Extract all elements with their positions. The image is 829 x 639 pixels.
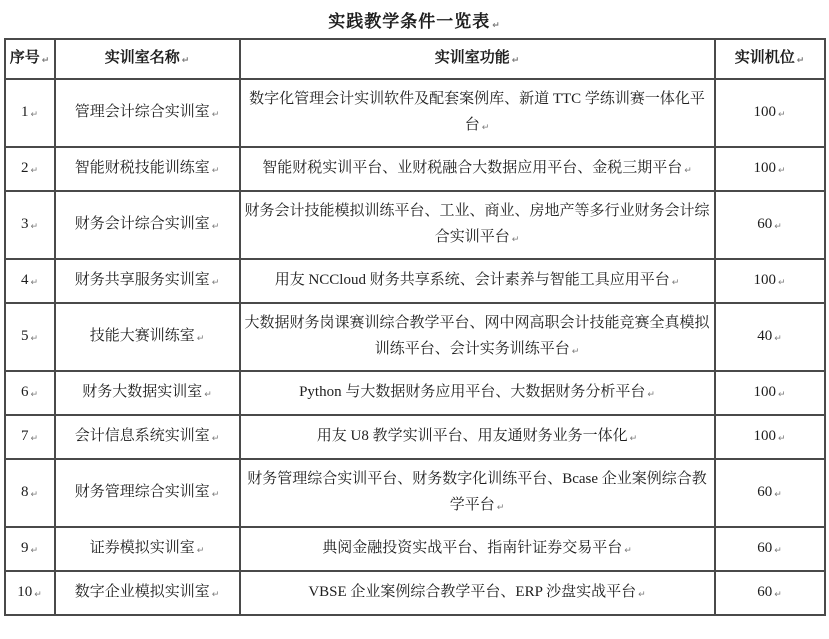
room-name-cell: 数字企业模拟实训室↵	[55, 571, 240, 615]
eol-mark: ↵	[684, 158, 692, 184]
table-body: 1↵管理会计综合实训室↵数字化管理会计实训软件及配套案例库、新道 TTC 学练训…	[5, 79, 825, 615]
room-name-cell: 财务会计综合实训室↵	[55, 191, 240, 259]
eol-mark: ↵	[212, 159, 220, 183]
stations-cell-text: 100	[753, 428, 776, 444]
table-row: 9↵证券模拟实训室↵典阅金融投资实战平台、指南针证券交易平台↵60↵	[5, 527, 825, 571]
stations-cell: 100↵	[715, 79, 825, 147]
room-name-cell-text: 财务管理综合实训室	[75, 484, 210, 500]
eol-mark: ↵	[197, 539, 205, 563]
row-index-cell: 7↵	[5, 415, 55, 459]
eol-mark: ↵	[30, 103, 38, 127]
stations-cell: 60↵	[715, 571, 825, 615]
stations-cell-text: 100	[753, 272, 776, 288]
room-function-cell-text: 大数据财务岗课赛训综合教学平台、网中网高职会计技能竞赛全真模拟训练平台、会计实务…	[244, 315, 709, 357]
eol-mark: ↵	[778, 271, 786, 295]
eol-mark: ↵	[630, 426, 638, 452]
stations-cell-text: 60	[757, 216, 772, 232]
room-function-cell-text: VBSE 企业案例综合教学平台、ERP 沙盘实战平台	[308, 584, 636, 600]
eol-mark: ↵	[30, 271, 38, 295]
room-function-cell-text: 用友 NCCloud 财务共享系统、会计素养与智能工具应用平台	[275, 272, 670, 288]
eol-mark: ↵	[482, 115, 490, 141]
eol-mark: ↵	[42, 51, 50, 71]
room-function-cell: VBSE 企业案例综合教学平台、ERP 沙盘实战平台↵	[240, 571, 715, 615]
stations-cell: 100↵	[715, 371, 825, 415]
room-name-cell: 财务大数据实训室↵	[55, 371, 240, 415]
table-row: 3↵财务会计综合实训室↵财务会计技能模拟训练平台、工业、商业、房地产等多行业财务…	[5, 191, 825, 259]
room-function-cell-text: 智能财税实训平台、业财税融合大数据应用平台、金税三期平台	[262, 160, 682, 176]
row-index-cell: 2↵	[5, 147, 55, 191]
room-name-cell-text: 智能财税技能训练室	[75, 160, 210, 176]
room-name-cell: 技能大赛训练室↵	[55, 303, 240, 371]
room-name-cell-text: 管理会计综合实训室	[75, 104, 210, 120]
room-name-cell: 财务共享服务实训室↵	[55, 259, 240, 303]
room-name-cell-text: 会计信息系统实训室	[75, 428, 210, 444]
col-header-room-name: 实训室名称↵	[55, 39, 240, 79]
room-function-cell: 数字化管理会计实训软件及配套案例库、新道 TTC 学练训赛一体化平台↵	[240, 79, 715, 147]
room-name-cell: 财务管理综合实训室↵	[55, 459, 240, 527]
eol-mark: ↵	[778, 103, 786, 127]
room-function-cell-text: 数字化管理会计实训软件及配套案例库、新道 TTC 学练训赛一体化平台	[249, 91, 705, 133]
room-function-cell: 用友 U8 教学实训平台、用友通财务业务一体化↵	[240, 415, 715, 459]
eol-mark: ↵	[30, 539, 38, 563]
room-name-cell-text: 财务共享服务实训室	[75, 272, 210, 288]
room-function-cell-text: 财务管理综合实训平台、财务数字化训练平台、Bcase 企业案例综合教学平台	[247, 471, 707, 513]
eol-mark: ↵	[497, 495, 505, 521]
room-name-cell-text: 财务会计综合实训室	[75, 216, 210, 232]
row-index-cell-text: 7	[21, 428, 29, 444]
row-index-cell-text: 2	[21, 160, 29, 176]
row-index-cell-text: 1	[21, 104, 29, 120]
stations-cell-text: 40	[757, 328, 772, 344]
table-row: 2↵智能财税技能训练室↵智能财税实训平台、业财税融合大数据应用平台、金税三期平台…	[5, 147, 825, 191]
eol-mark: ↵	[204, 383, 212, 407]
stations-cell-text: 60	[757, 484, 772, 500]
stations-cell-text: 100	[753, 160, 776, 176]
room-function-cell: 典阅金融投资实战平台、指南针证券交易平台↵	[240, 527, 715, 571]
room-function-cell: 财务管理综合实训平台、财务数字化训练平台、Bcase 企业案例综合教学平台↵	[240, 459, 715, 527]
room-function-cell: Python 与大数据财务应用平台、大数据财务分析平台↵	[240, 371, 715, 415]
stations-cell: 60↵	[715, 459, 825, 527]
row-index-cell-text: 9	[21, 540, 29, 556]
stations-cell: 100↵	[715, 415, 825, 459]
row-index-cell-text: 6	[21, 384, 29, 400]
room-name-cell: 智能财税技能训练室↵	[55, 147, 240, 191]
table-row: 1↵管理会计综合实训室↵数字化管理会计实训软件及配套案例库、新道 TTC 学练训…	[5, 79, 825, 147]
row-index-cell-text: 4	[21, 272, 29, 288]
eol-mark: ↵	[30, 215, 38, 239]
page-title-row: 实践教学条件一览表↵	[0, 7, 829, 32]
eol-mark: ↵	[182, 51, 190, 71]
stations-cell: 40↵	[715, 303, 825, 371]
eol-mark: ↵	[212, 583, 220, 607]
room-function-cell-text: 典阅金融投资实战平台、指南针证券交易平台	[322, 540, 622, 556]
row-index-cell: 8↵	[5, 459, 55, 527]
room-name-cell: 证券模拟实训室↵	[55, 527, 240, 571]
table-row: 7↵会计信息系统实训室↵用友 U8 教学实训平台、用友通财务业务一体化↵100↵	[5, 415, 825, 459]
table-row: 10↵数字企业模拟实训室↵VBSE 企业案例综合教学平台、ERP 沙盘实战平台↵…	[5, 571, 825, 615]
room-function-cell: 财务会计技能模拟训练平台、工业、商业、房地产等多行业财务会计综合实训平台↵	[240, 191, 715, 259]
eol-mark: ↵	[30, 427, 38, 451]
eol-mark: ↵	[212, 103, 220, 127]
eol-mark: ↵	[212, 271, 220, 295]
eol-mark: ↵	[492, 21, 501, 31]
row-index-cell: 1↵	[5, 79, 55, 147]
document-page: 实践教学条件一览表↵ 序号↵ 实训室名称↵ 实训室功能↵ 实训机位↵ 1↵管理会…	[0, 0, 829, 639]
eol-mark: ↵	[638, 582, 646, 608]
col-header-stations: 实训机位↵	[715, 39, 825, 79]
row-index-cell: 6↵	[5, 371, 55, 415]
room-name-cell-text: 证券模拟实训室	[90, 540, 195, 556]
row-index-cell-text: 10	[17, 584, 32, 600]
eol-mark: ↵	[34, 583, 42, 607]
room-function-cell-text: Python 与大数据财务应用平台、大数据财务分析平台	[299, 384, 645, 400]
header-row: 序号↵ 实训室名称↵ 实训室功能↵ 实训机位↵	[5, 39, 825, 79]
row-index-cell: 10↵	[5, 571, 55, 615]
room-function-cell: 智能财税实训平台、业财税融合大数据应用平台、金税三期平台↵	[240, 147, 715, 191]
table-row: 6↵财务大数据实训室↵Python 与大数据财务应用平台、大数据财务分析平台↵1…	[5, 371, 825, 415]
stations-cell: 60↵	[715, 527, 825, 571]
eol-mark: ↵	[774, 583, 782, 607]
eol-mark: ↵	[774, 539, 782, 563]
stations-cell: 60↵	[715, 191, 825, 259]
room-function-cell: 用友 NCCloud 财务共享系统、会计素养与智能工具应用平台↵	[240, 259, 715, 303]
stations-cell-text: 60	[757, 584, 772, 600]
stations-cell: 100↵	[715, 147, 825, 191]
row-index-cell-text: 8	[21, 484, 29, 500]
row-index-cell: 4↵	[5, 259, 55, 303]
row-index-cell-text: 3	[21, 216, 29, 232]
room-name-cell-text: 技能大赛训练室	[90, 328, 195, 344]
col-header-room-function: 实训室功能↵	[240, 39, 715, 79]
table-row: 8↵财务管理综合实训室↵财务管理综合实训平台、财务数字化训练平台、Bcase 企…	[5, 459, 825, 527]
eol-mark: ↵	[647, 382, 655, 408]
stations-cell-text: 100	[753, 104, 776, 120]
room-function-cell-text: 财务会计技能模拟训练平台、工业、商业、房地产等多行业财务会计综合实训平台	[244, 203, 709, 245]
row-index-cell: 9↵	[5, 527, 55, 571]
col-header-room-name-label: 实训室名称	[105, 50, 180, 66]
eol-mark: ↵	[672, 270, 680, 296]
table-row: 5↵技能大赛训练室↵大数据财务岗课赛训综合教学平台、网中网高职会计技能竞赛全真模…	[5, 303, 825, 371]
room-function-cell: 大数据财务岗课赛训综合教学平台、网中网高职会计技能竞赛全真模拟训练平台、会计实务…	[240, 303, 715, 371]
eol-mark: ↵	[212, 215, 220, 239]
page-title: 实践教学条件一览表	[328, 12, 490, 31]
eol-mark: ↵	[212, 483, 220, 507]
room-name-cell-text: 数字企业模拟实训室	[75, 584, 210, 600]
eol-mark: ↵	[30, 327, 38, 351]
eol-mark: ↵	[30, 483, 38, 507]
training-rooms-table: 序号↵ 实训室名称↵ 实训室功能↵ 实训机位↵ 1↵管理会计综合实训室↵数字化管…	[4, 38, 826, 616]
stations-cell-text: 100	[753, 384, 776, 400]
col-header-stations-label: 实训机位	[735, 50, 795, 66]
eol-mark: ↵	[512, 227, 520, 253]
col-header-index: 序号↵	[5, 39, 55, 79]
room-name-cell: 管理会计综合实训室↵	[55, 79, 240, 147]
eol-mark: ↵	[774, 483, 782, 507]
eol-mark: ↵	[624, 538, 632, 564]
stations-cell-text: 60	[757, 540, 772, 556]
table-row: 4↵财务共享服务实训室↵用友 NCCloud 财务共享系统、会计素养与智能工具应…	[5, 259, 825, 303]
table-header: 序号↵ 实训室名称↵ 实训室功能↵ 实训机位↵	[5, 39, 825, 79]
room-function-cell-text: 用友 U8 教学实训平台、用友通财务业务一体化	[317, 428, 628, 444]
col-header-index-label: 序号	[10, 50, 40, 66]
col-header-room-function-label: 实训室功能	[435, 50, 510, 66]
row-index-cell-text: 5	[21, 328, 29, 344]
eol-mark: ↵	[778, 427, 786, 451]
eol-mark: ↵	[197, 327, 205, 351]
row-index-cell: 3↵	[5, 191, 55, 259]
eol-mark: ↵	[774, 327, 782, 351]
stations-cell: 100↵	[715, 259, 825, 303]
eol-mark: ↵	[212, 427, 220, 451]
row-index-cell: 5↵	[5, 303, 55, 371]
eol-mark: ↵	[774, 215, 782, 239]
room-name-cell-text: 财务大数据实训室	[82, 384, 202, 400]
eol-mark: ↵	[778, 159, 786, 183]
eol-mark: ↵	[778, 383, 786, 407]
eol-mark: ↵	[30, 383, 38, 407]
eol-mark: ↵	[572, 339, 580, 365]
room-name-cell: 会计信息系统实训室↵	[55, 415, 240, 459]
eol-mark: ↵	[512, 51, 520, 71]
eol-mark: ↵	[797, 51, 805, 71]
eol-mark: ↵	[30, 159, 38, 183]
